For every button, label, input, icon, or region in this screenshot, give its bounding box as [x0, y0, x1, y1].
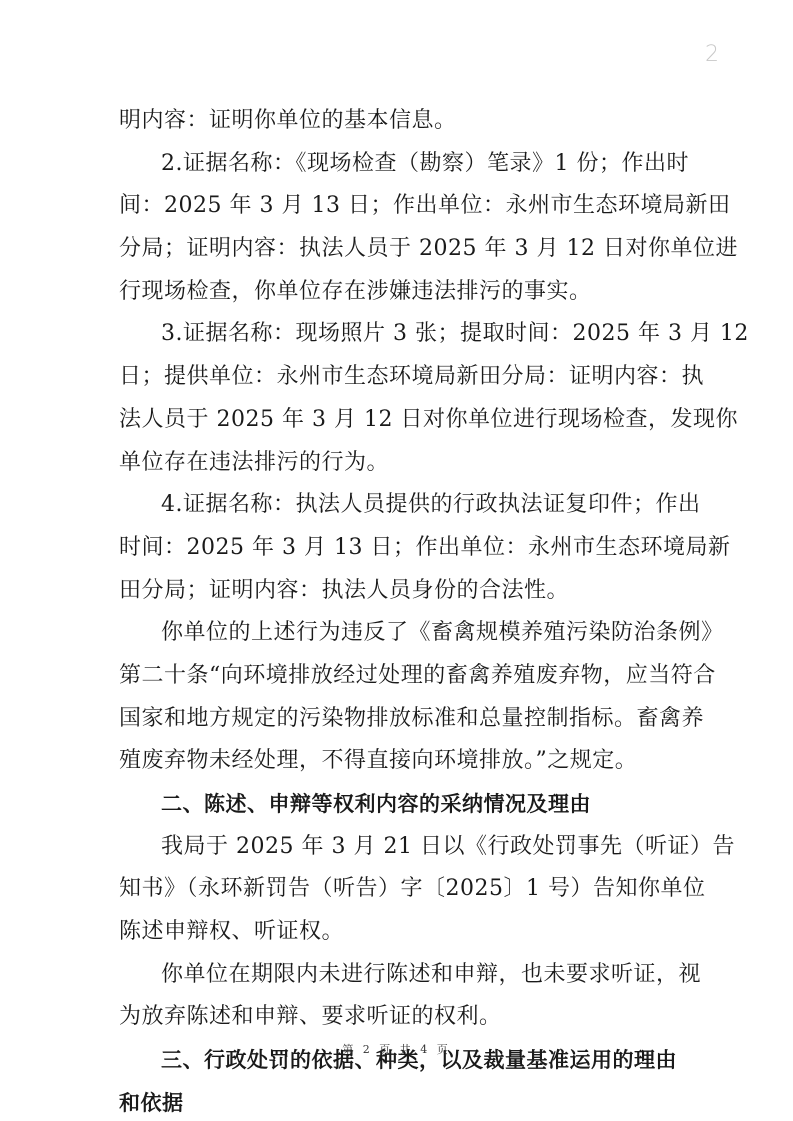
text-line: 国家和地方规定的污染物排放标准和总量控制指标。畜禽养	[119, 698, 675, 741]
page-footer: 第 2 页 共 4 页	[0, 1041, 793, 1057]
text-line: 你单位在期限内未进行陈述和申辩，也未要求听证，视	[119, 954, 675, 997]
text-line: 4.证据名称：执法人员提供的行政执法证复印件；作出	[119, 484, 675, 527]
text-line: 法人员于 2025 年 3 月 12 日对你单位进行现场检查，发现你	[119, 399, 675, 442]
text-line: 第二十条“向环境排放经过处理的畜禽养殖废弃物，应当符合	[119, 655, 675, 698]
text-line: 陈述申辩权、听证权。	[119, 911, 675, 954]
corner-page-mark: 2	[705, 42, 719, 67]
text-line: 分局；证明内容：执法人员于 2025 年 3 月 12 日对你单位进	[119, 228, 675, 271]
document-body: 明内容：证明你单位的基本信息。 2.证据名称：《现场检查（勘察）笔录》1 份；作…	[119, 100, 675, 1121]
text-line: 为放弃陈述和申辩、要求听证的权利。	[119, 996, 675, 1039]
text-line: 田分局；证明内容：执法人员身份的合法性。	[119, 570, 675, 613]
text-line: 知书》（永环新罚告（听告）字〔2025〕1 号）告知你单位	[119, 868, 675, 911]
section-heading: 二、陈述、申辩等权利内容的采纳情况及理由	[119, 783, 675, 826]
text-line: 单位存在违法排污的行为。	[119, 442, 675, 485]
text-line: 殖废弃物未经处理，不得直接向环境排放。”之规定。	[119, 740, 675, 783]
text-line: 2.证据名称：《现场检查（勘察）笔录》1 份；作出时	[119, 143, 675, 186]
text-line: 时间：2025 年 3 月 13 日；作出单位：永州市生态环境局新	[119, 527, 675, 570]
section-heading: 和依据	[119, 1082, 675, 1121]
text-line: 我局于 2025 年 3 月 21 日以《行政处罚事先（听证）告	[119, 826, 675, 869]
text-line: 3.证据名称：现场照片 3 张；提取时间：2025 年 3 月 12	[119, 313, 675, 356]
text-line: 间：2025 年 3 月 13 日；作出单位：永州市生态环境局新田	[119, 185, 675, 228]
text-line: 明内容：证明你单位的基本信息。	[119, 100, 675, 143]
text-line: 你单位的上述行为违反了《畜禽规模养殖污染防治条例》	[119, 612, 675, 655]
text-line: 行现场检查，你单位存在涉嫌违法排污的事实。	[119, 271, 675, 314]
text-line: 日；提供单位：永州市生态环境局新田分局：证明内容：执	[119, 356, 675, 399]
